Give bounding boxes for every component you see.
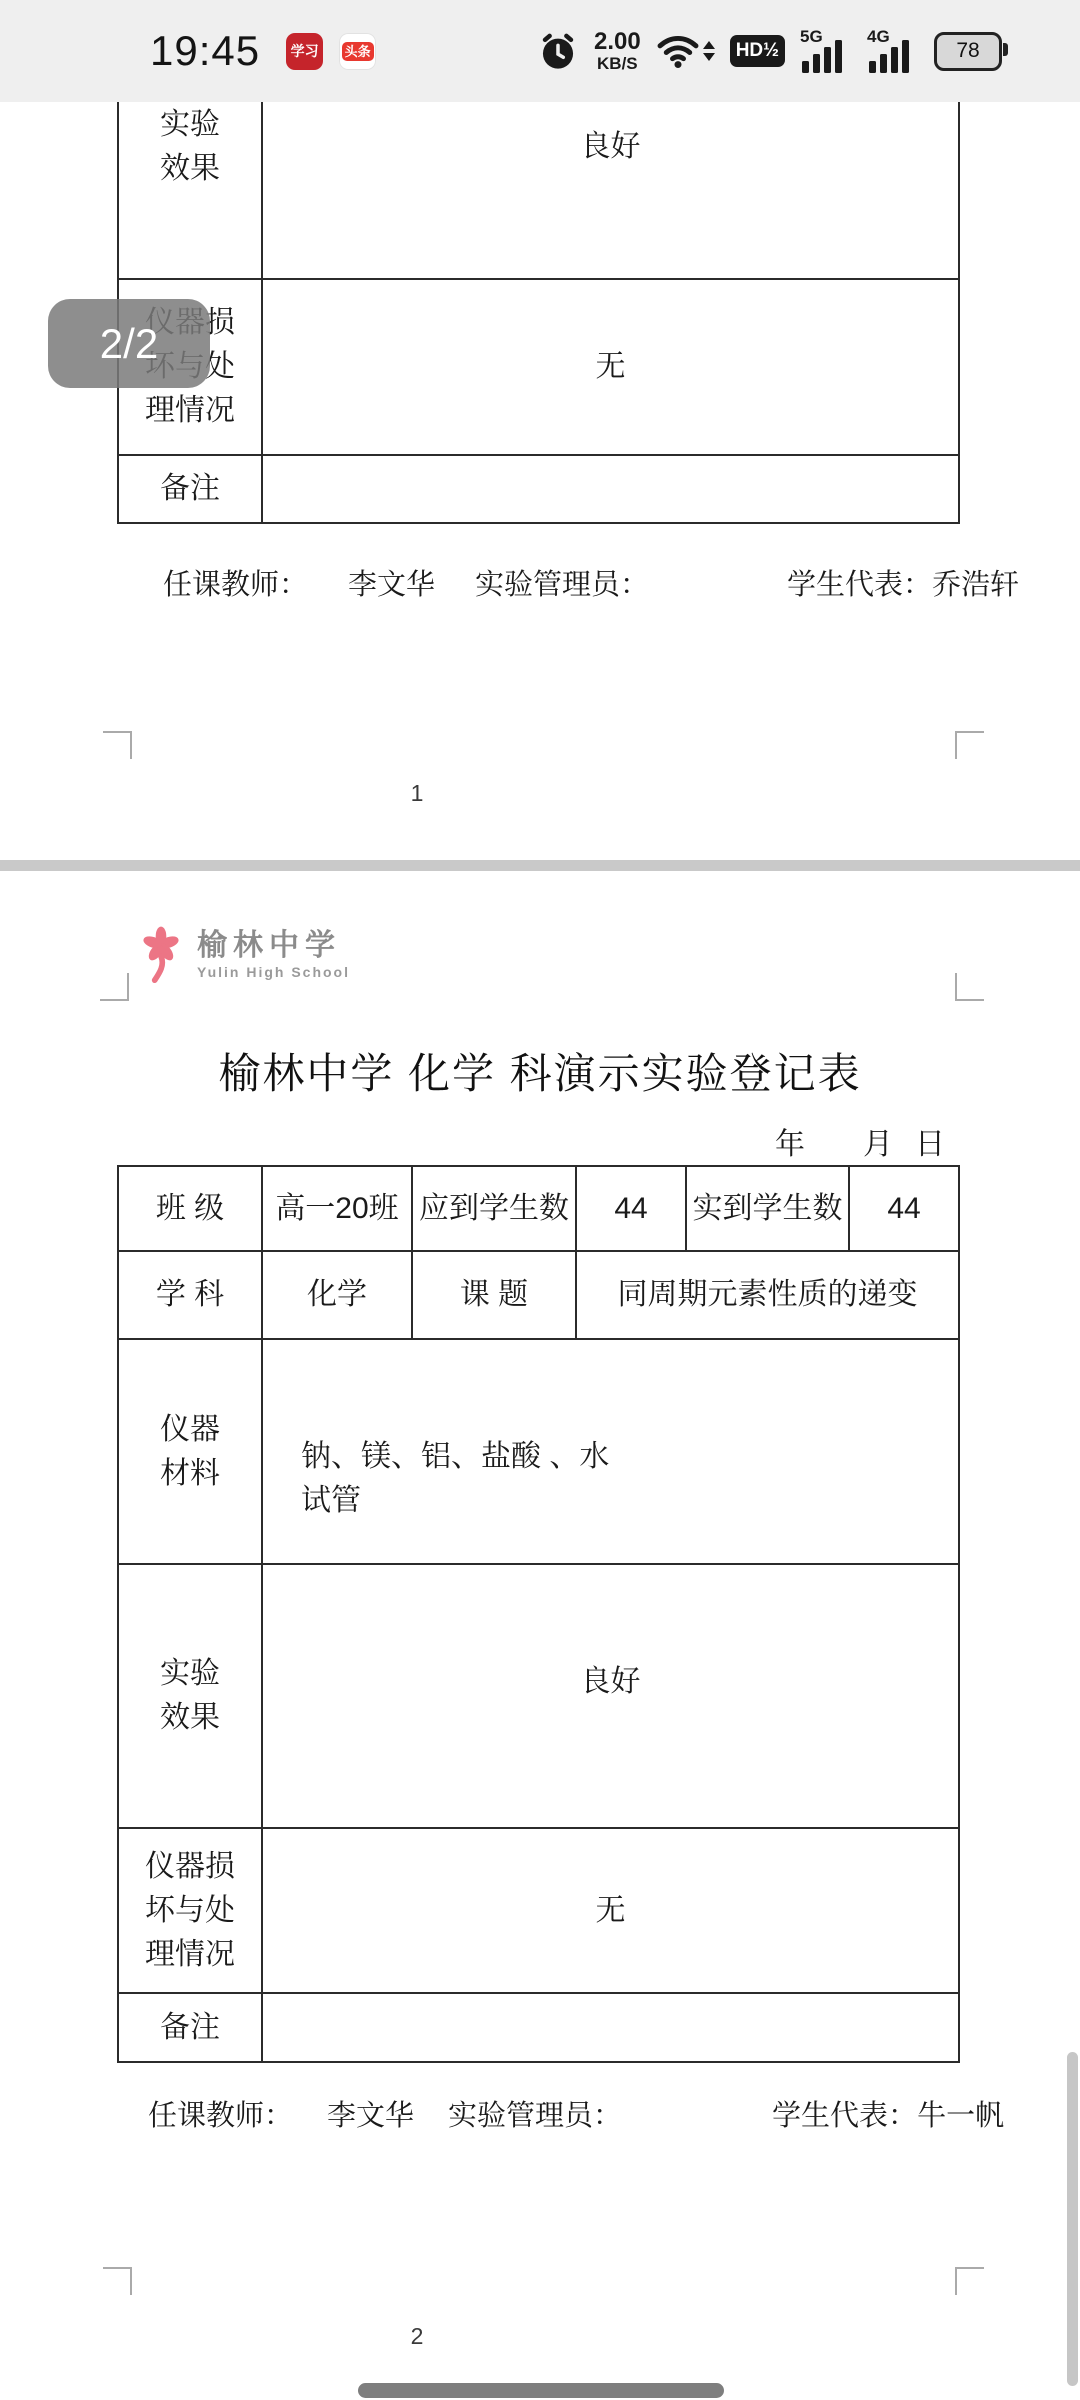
date-year: 年 xyxy=(775,1128,805,1161)
toutiao-app-notification-icon: 头条 xyxy=(339,33,376,70)
signal-sim1-icon: 5G xyxy=(800,27,852,75)
student-name: 乔浩轩 xyxy=(932,569,1019,601)
table-row: 备注 xyxy=(119,1992,958,2061)
school-name-en: Yulin High School xyxy=(197,964,350,980)
screen: 实验 效果 良好 仪器损 坏与处 理情况 无 备注 任课教师：李文华实验管理员：… xyxy=(0,0,1080,2400)
page1-damage-value: 无 xyxy=(261,280,958,454)
toutiao-badge-text: 头条 xyxy=(342,42,374,61)
topic-value: 同周期元素性质的递变 xyxy=(575,1252,958,1338)
table-row: 班 级 高一20班 应到学生数 44 实到学生数 44 xyxy=(119,1167,958,1250)
remark-value xyxy=(261,1994,958,2061)
table-row: 学 科 化学 课 题 同周期元素性质的递变 xyxy=(119,1250,958,1338)
page1-signature-line: 任课教师：李文华实验管理员：学生代表：乔浩轩 xyxy=(163,562,1019,603)
status-bar: 19:45 学习 头条 2.00 KB/S xyxy=(0,0,1080,102)
expected-students-value: 44 xyxy=(575,1167,685,1250)
damage-value: 无 xyxy=(261,1829,958,1992)
actual-students-value: 44 xyxy=(848,1167,958,1250)
home-indicator-bar[interactable] xyxy=(358,2383,724,2398)
class-value: 高一20班 xyxy=(261,1167,411,1250)
wifi-icon xyxy=(656,32,700,70)
page2-signature-line: 任课教师：李文华实验管理员：学生代表：牛一帆 xyxy=(148,2093,1004,2134)
manager-label: 实验管理员： xyxy=(448,2100,622,2132)
xuexi-app-notification-icon: 学习 xyxy=(286,33,323,70)
page2-top-margin-mark-right xyxy=(955,973,984,1001)
page2-bottom-margin-mark-right xyxy=(955,2267,984,2295)
page1-remark-value xyxy=(261,456,958,522)
teacher-label: 任课教师： xyxy=(163,569,308,601)
document-page-1[interactable]: 实验 效果 良好 仪器损 坏与处 理情况 无 备注 任课教师：李文华实验管理员：… xyxy=(0,0,1080,860)
effect-value: 良好 xyxy=(261,1565,958,1827)
table-row: 实验 效果 良好 xyxy=(119,1563,958,1827)
teacher-label: 任课教师： xyxy=(148,2100,293,2132)
student-name: 牛一帆 xyxy=(917,2100,1004,2132)
table-row: 仪器损 坏与处 理情况 无 xyxy=(119,278,958,454)
page2-page-number: 2 xyxy=(392,2323,442,2350)
manager-label: 实验管理员： xyxy=(475,569,649,601)
page1-margin-mark-left xyxy=(103,731,132,759)
page2-bottom-margin-mark-left xyxy=(103,2267,132,2295)
table-row: 备注 xyxy=(119,454,958,522)
remark-label: 备注 xyxy=(119,1994,261,2061)
class-label: 班 级 xyxy=(119,1167,261,1250)
signal-sim2-icon: 4G xyxy=(867,27,919,75)
network-speed-value: 2.00 xyxy=(594,30,641,54)
actual-students-label: 实到学生数 xyxy=(685,1167,848,1250)
document-page-2[interactable]: 榆林中学 Yulin High School 榆林中学 化学 科演示实验登记表 … xyxy=(0,871,1080,2400)
page-indicator-badge: 2/2 xyxy=(48,299,210,388)
topic-label: 课 题 xyxy=(411,1252,575,1338)
battery-percent: 78 xyxy=(956,39,979,63)
page1-margin-mark-right xyxy=(955,731,984,759)
subject-value: 化学 xyxy=(261,1252,411,1338)
effect-label: 实验 效果 xyxy=(119,1565,261,1827)
status-time: 19:45 xyxy=(150,27,260,75)
student-label: 学生代表： xyxy=(772,2100,917,2132)
school-logo: 榆林中学 Yulin High School xyxy=(135,926,350,984)
document-title: 榆林中学 化学 科演示实验登记表 xyxy=(0,1041,1080,1101)
school-logo-flower-icon xyxy=(135,926,187,984)
date-line: 年月日 xyxy=(775,1119,945,1163)
page1-remark-label: 备注 xyxy=(119,456,261,522)
page2-top-margin-mark-left xyxy=(100,973,129,1001)
date-day: 日 xyxy=(915,1128,945,1161)
wifi-updown-arrows-icon xyxy=(703,41,715,61)
expected-students-label: 应到学生数 xyxy=(411,1167,575,1250)
damage-label: 仪器损 坏与处 理情况 xyxy=(119,1829,261,1992)
date-month: 月 xyxy=(863,1128,893,1161)
teacher-name: 李文华 xyxy=(348,569,435,601)
teacher-name: 李文华 xyxy=(327,2100,414,2132)
page1-page-number: 1 xyxy=(392,780,442,807)
network-speed: 2.00 KB/S xyxy=(594,30,641,72)
student-label: 学生代表： xyxy=(787,569,932,601)
table-row: 仪器损 坏与处 理情况 无 xyxy=(119,1827,958,1992)
subject-label: 学 科 xyxy=(119,1252,261,1338)
page2-table: 班 级 高一20班 应到学生数 44 实到学生数 44 学 科 化学 课 题 同… xyxy=(117,1165,960,2063)
network-speed-unit: KB/S xyxy=(594,55,641,72)
page-separator xyxy=(0,860,1080,871)
equipment-label: 仪器 材料 xyxy=(119,1340,261,1563)
battery-indicator: 78 xyxy=(934,32,1002,71)
table-row: 仪器 材料 钠、镁、铝、盐酸 、水 试管 xyxy=(119,1338,958,1563)
school-name-cn: 榆林中学 xyxy=(197,930,350,962)
equipment-value: 钠、镁、铝、盐酸 、水 试管 xyxy=(261,1340,958,1563)
alarm-clock-icon xyxy=(537,30,579,72)
hd-volte-icon: HD½ xyxy=(730,35,785,67)
document-scrollbar[interactable] xyxy=(1067,2052,1078,2386)
